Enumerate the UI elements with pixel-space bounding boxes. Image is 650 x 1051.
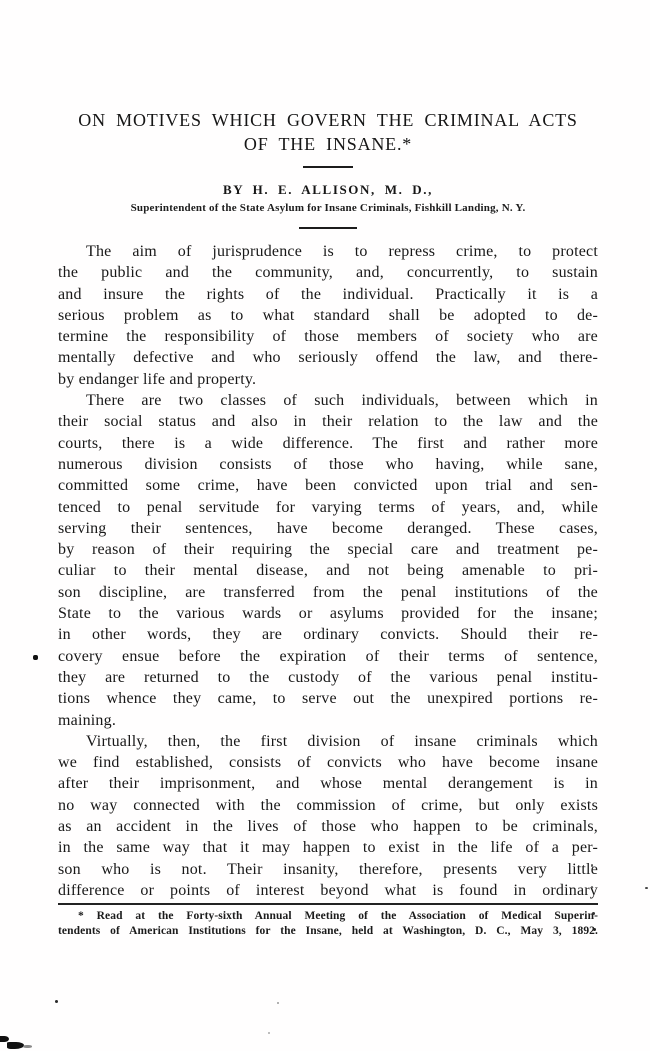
text-line: no way connected with the commission of … (58, 795, 598, 816)
scan-speck (277, 1002, 279, 1004)
scan-speck (591, 886, 593, 888)
text-line: termine the responsibility of those memb… (58, 326, 598, 347)
paper-title-line-2: OF THE INSANE.* (58, 132, 598, 156)
text-line: they are returned to the custody of the … (58, 667, 598, 688)
text-line: There are two classes of such individual… (58, 390, 598, 411)
text-line: The aim of jurisprudence is to repress c… (58, 241, 598, 262)
text-line: covery ensue before the expiration of th… (58, 646, 598, 667)
footnote-line: tendents of American Institutions for th… (58, 924, 598, 939)
text-line: committed some crime, have been convicte… (58, 475, 598, 496)
text-line: maining. (58, 710, 598, 731)
paragraph: The aim of jurisprudence is to repress c… (58, 241, 598, 390)
text-line: son discipline, are transferred from the… (58, 582, 598, 603)
paragraph: There are two classes of such individual… (58, 390, 598, 731)
paper-title: ON MOTIVES WHICH GOVERN THE CRIMINAL ACT… (58, 108, 598, 156)
text-line: the public and the community, and, concu… (58, 262, 598, 283)
scan-speck (55, 1000, 58, 1003)
paper-title-line-1: ON MOTIVES WHICH GOVERN THE CRIMINAL ACT… (58, 108, 598, 132)
body-text: The aim of jurisprudence is to repress c… (58, 241, 598, 901)
paragraph: Virtually, then, the first division of i… (58, 731, 598, 901)
text-line: mentally defective and who seriously off… (58, 347, 598, 368)
text-line: Virtually, then, the first division of i… (58, 731, 598, 752)
text-line: in the same way that it may happen to ex… (58, 837, 598, 858)
text-line: after their imprisonment, and whose ment… (58, 773, 598, 794)
scan-speck (592, 912, 595, 915)
text-line: difference or points of interest beyond … (58, 880, 598, 901)
text-line: serving their sentences, have become der… (58, 518, 598, 539)
author-affiliation: Superintendent of the State Asylum for I… (58, 202, 598, 214)
footnote-divider-rule (58, 903, 598, 905)
text-line: courts, there is a wide difference. The … (58, 433, 598, 454)
footnote-line: * Read at the Forty-sixth Annual Meeting… (58, 909, 598, 924)
text-line: their social status and also in their re… (58, 411, 598, 432)
ink-smudge (23, 1045, 32, 1048)
text-line: as an accident in the lives of those who… (58, 816, 598, 837)
text-line: State to the various wards or asylums pr… (58, 603, 598, 624)
text-line: we find established, consists of convict… (58, 752, 598, 773)
text-line: in other words, they are ordinary convic… (58, 624, 598, 645)
footnote-text: * Read at the Forty-sixth Annual Meeting… (58, 909, 598, 938)
text-line: serious problem as to what standard shal… (58, 305, 598, 326)
text-line: tions whence they came, to serve out the… (58, 688, 598, 709)
text-column: ON MOTIVES WHICH GOVERN THE CRIMINAL ACT… (58, 0, 598, 938)
text-line: and insure the rights of the individual.… (58, 284, 598, 305)
text-line: by reason of their requiring the special… (58, 539, 598, 560)
text-line: son who is not. Their insanity, therefor… (58, 859, 598, 880)
scan-speck (645, 887, 648, 889)
author-byline: BY H. E. ALLISON, M. D., (58, 182, 598, 198)
text-line: by endanger life and property. (58, 369, 598, 390)
scanned-paper-page: ON MOTIVES WHICH GOVERN THE CRIMINAL ACT… (0, 0, 650, 1051)
scan-speck (268, 1032, 270, 1034)
scan-speck (33, 655, 38, 660)
ink-smudge (7, 1042, 24, 1049)
scan-speck (593, 928, 596, 931)
title-divider-rule (303, 166, 353, 168)
header-divider-rule (299, 227, 357, 229)
text-line: numerous division consists of those who … (58, 454, 598, 475)
text-line: tenced to penal servitude for varying te… (58, 497, 598, 518)
scan-speck (591, 864, 593, 867)
text-line: culiar to their mental disease, and not … (58, 560, 598, 581)
